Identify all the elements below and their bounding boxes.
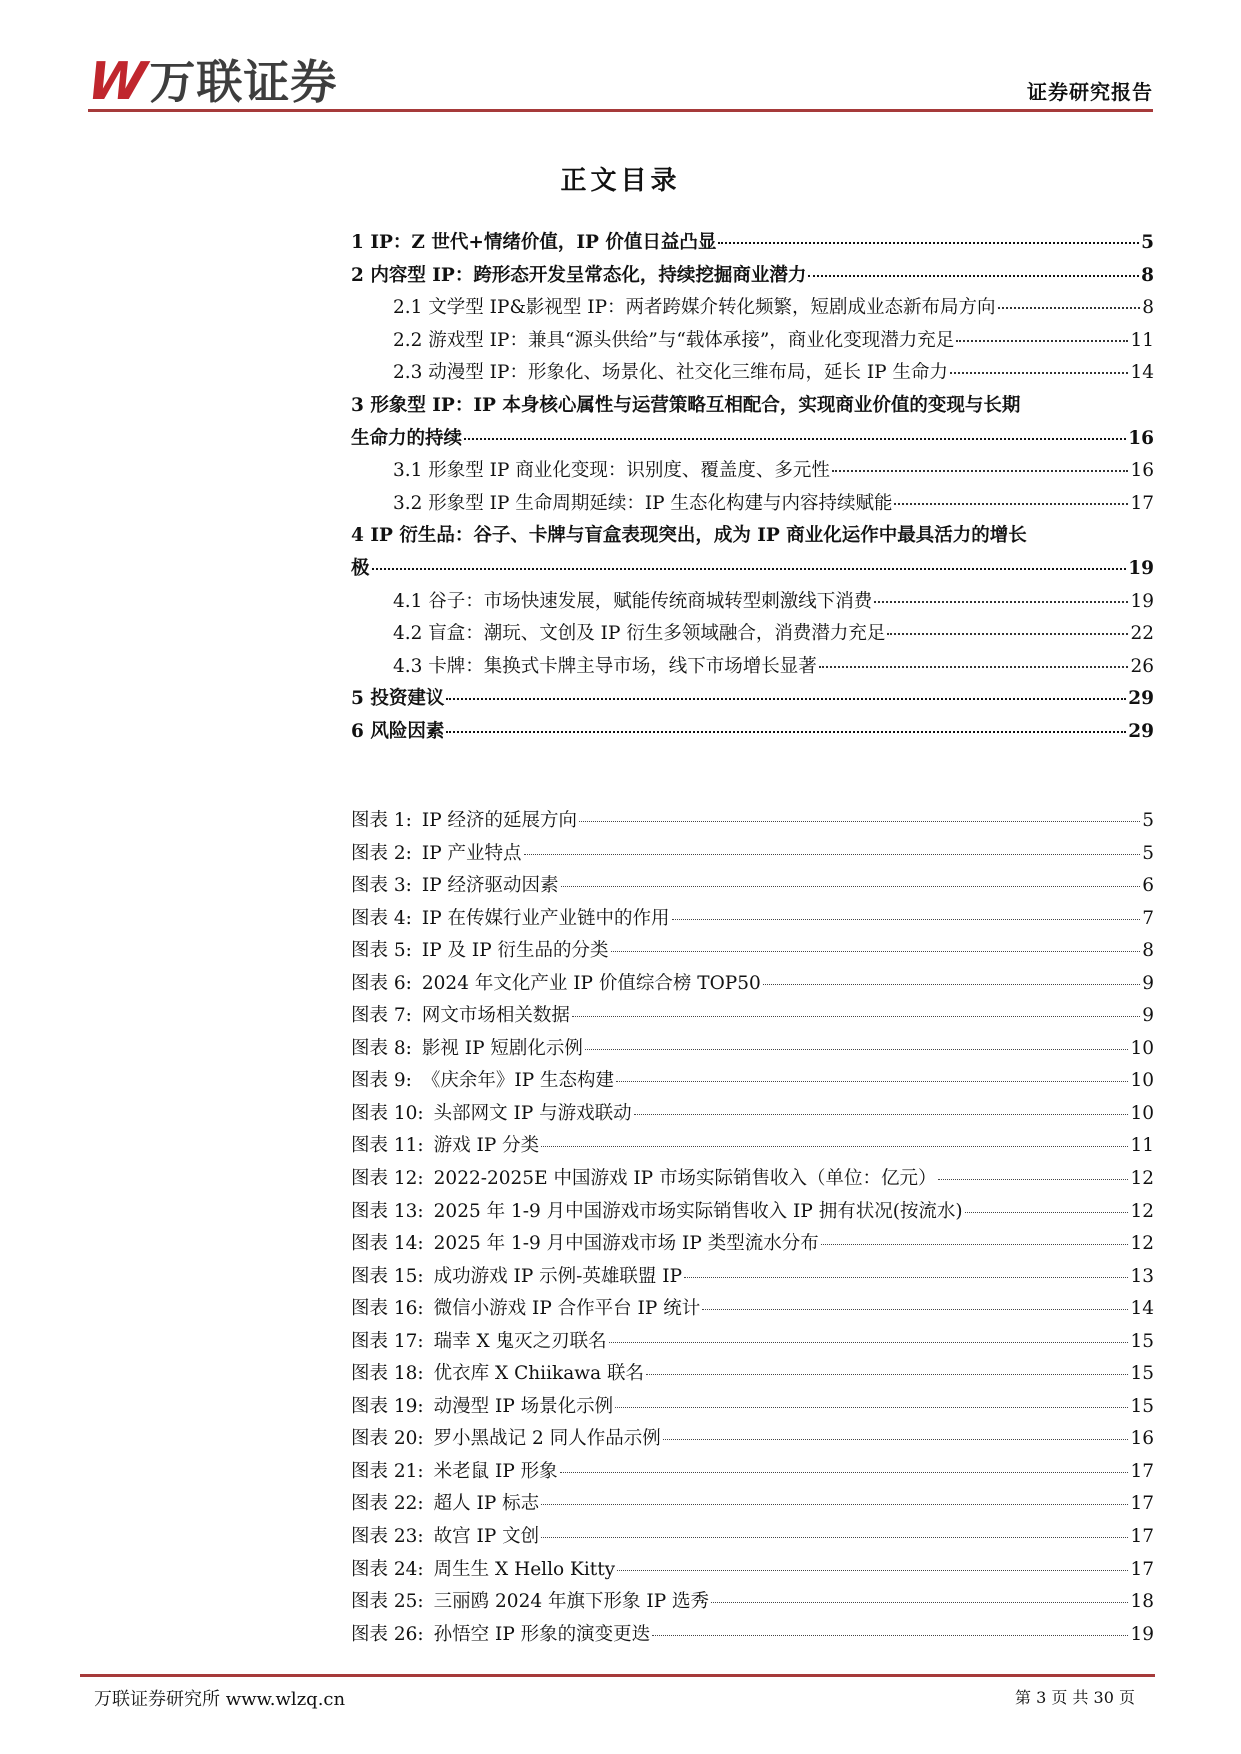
toc-entry[interactable]: 2.1 文学型 IP&影视型 IP：两者跨媒介转化频繁，短剧成业态新布局方向8	[351, 293, 1154, 326]
page-number: 6	[1142, 875, 1154, 896]
figure-title: 动漫型 IP 场景化示例	[434, 1392, 614, 1418]
toc-entry-line1[interactable]: 3 形象型 IP：IP 本身核心属性与运营策略互相配合，实现商业价值的变现与长期	[351, 391, 1154, 424]
toc-entry[interactable]: 极19	[351, 554, 1154, 587]
figure-number: 图表 8:	[351, 1034, 412, 1060]
figure-entry[interactable]: 图表 23:故宫 IP 文创17	[351, 1522, 1154, 1555]
toc-entry[interactable]: 4.2 盲盒：潮玩、文创及 IP 衍生多领域融合，消费潜力充足22	[351, 619, 1154, 652]
figure-number: 图表 16:	[351, 1294, 424, 1320]
page-header: W 万联证券 证券研究报告	[88, 52, 1153, 112]
page-number: 19	[1128, 558, 1154, 579]
toc-entry[interactable]: 3.1 形象型 IP 商业化变现：识别度、覆盖度、多元性16	[351, 456, 1154, 489]
page-number: 13	[1130, 1266, 1154, 1287]
figure-entry[interactable]: 图表 24:周生生 X Hello Kitty17	[351, 1555, 1154, 1588]
figure-number: 图表 6:	[351, 969, 412, 995]
figure-number: 图表 5:	[351, 936, 412, 962]
figure-number: 图表 13:	[351, 1197, 424, 1223]
figure-title: 2024 年文化产业 IP 价值综合榜 TOP50	[422, 969, 761, 995]
toc-entry[interactable]: 3.2 形象型 IP 生命周期延续：IP 生态化构建与内容持续赋能17	[351, 489, 1154, 522]
page-number: 12	[1130, 1233, 1154, 1254]
page-number: 17	[1130, 1493, 1154, 1514]
figure-title: IP 及 IP 衍生品的分类	[422, 936, 609, 962]
figure-title: 网文市场相关数据	[422, 1001, 570, 1027]
figure-title: 米老鼠 IP 形象	[434, 1457, 558, 1483]
dot-leader	[617, 1570, 1128, 1571]
figure-number: 图表 22:	[351, 1489, 424, 1515]
header-divider	[88, 109, 1153, 112]
dot-leader	[524, 854, 1141, 855]
figure-title: 成功游戏 IP 示例-英雄联盟 IP	[434, 1262, 682, 1288]
page-number: 12	[1130, 1201, 1154, 1222]
toc-entry[interactable]: 4.3 卡牌：集换式卡牌主导市场，线下市场增长显著26	[351, 652, 1154, 685]
dot-leader	[956, 340, 1128, 342]
logo-text: 万联证券	[149, 56, 337, 108]
page-number: 5	[1141, 232, 1154, 253]
figure-title: 2025 年 1-9 月中国游戏市场 IP 类型流水分布	[434, 1229, 819, 1255]
page-number: 15	[1130, 1396, 1154, 1417]
page-number: 8	[1142, 297, 1154, 318]
figure-number: 图表 2:	[351, 839, 412, 865]
dot-leader	[609, 1342, 1129, 1343]
page-number: 5	[1142, 810, 1154, 831]
page-number: 29	[1128, 721, 1154, 742]
figure-entry[interactable]: 图表 26:孙悟空 IP 形象的演变更迭19	[351, 1620, 1154, 1653]
dot-leader	[998, 307, 1141, 309]
figure-title: 2025 年 1-9 月中国游戏市场实际销售收入 IP 拥有状况(按流水)	[434, 1197, 963, 1223]
figure-entry[interactable]: 图表 5:IP 及 IP 衍生品的分类8	[351, 936, 1154, 969]
figure-title: 微信小游戏 IP 合作平台 IP 统计	[434, 1294, 701, 1320]
dot-leader	[652, 1635, 1128, 1636]
figure-number: 图表 10:	[351, 1099, 424, 1125]
figure-title: 2022-2025E 中国游戏 IP 市场实际销售收入（单位：亿元）	[434, 1164, 937, 1190]
page-number: 7	[1142, 908, 1154, 929]
dot-leader	[634, 1114, 1129, 1115]
dot-leader	[585, 1049, 1129, 1050]
toc-entry[interactable]: 2 内容型 IP：跨形态开发呈常态化，持续挖掘商业潜力8	[351, 261, 1154, 294]
page-number: 16	[1128, 428, 1154, 449]
page-number: 14	[1130, 1298, 1154, 1319]
toc-entry[interactable]: 4.1 谷子：市场快速发展，赋能传统商城转型刺激线下消费19	[351, 587, 1154, 620]
figure-number: 图表 19:	[351, 1392, 424, 1418]
figure-number: 图表 21:	[351, 1457, 424, 1483]
dot-leader	[560, 1472, 1129, 1473]
dot-leader	[572, 1016, 1140, 1017]
toc-entry[interactable]: 6 风险因素29	[351, 717, 1154, 750]
page-number: 29	[1128, 688, 1154, 709]
figure-number: 图表 9:	[351, 1066, 412, 1092]
figure-title: IP 经济的延展方向	[422, 806, 577, 832]
doc-type-label: 证券研究报告	[1027, 76, 1153, 105]
figure-number: 图表 1:	[351, 806, 412, 832]
figure-entry[interactable]: 图表 14:2025 年 1-9 月中国游戏市场 IP 类型流水分布12	[351, 1229, 1154, 1262]
page-number: 8	[1142, 940, 1154, 961]
dot-leader	[965, 1212, 1129, 1213]
figure-number: 图表 15:	[351, 1262, 424, 1288]
page-number: 8	[1141, 265, 1154, 286]
page-number: 10	[1130, 1070, 1154, 1091]
figure-entry[interactable]: 图表 22:超人 IP 标志17	[351, 1489, 1154, 1522]
dot-leader	[464, 438, 1126, 440]
figure-entry[interactable]: 图表 7:网文市场相关数据9	[351, 1001, 1154, 1034]
page-number: 22	[1130, 623, 1154, 644]
dot-leader	[646, 1374, 1128, 1375]
figure-title: 罗小黑战记 2 同人作品示例	[434, 1424, 661, 1450]
figure-title: 周生生 X Hello Kitty	[434, 1555, 615, 1581]
figure-title: 头部网文 IP 与游戏联动	[434, 1099, 632, 1125]
dot-leader	[711, 1602, 1128, 1603]
page-number: 16	[1130, 1428, 1154, 1449]
figure-entry[interactable]: 图表 3:IP 经济驱动因素6	[351, 871, 1154, 904]
dot-leader	[541, 1504, 1128, 1505]
figure-title: 优衣库 X Chiikawa 联名	[434, 1359, 644, 1385]
page-number: 19	[1130, 591, 1154, 612]
page-number: 17	[1130, 1526, 1154, 1547]
dot-leader	[561, 886, 1141, 887]
figure-number: 图表 14:	[351, 1229, 424, 1255]
logo-w-icon: W	[84, 56, 145, 108]
toc-entry[interactable]: 2.2 游戏型 IP：兼具“源头供给”与“载体承接”，商业化变现潜力充足11	[351, 326, 1154, 359]
dot-leader	[938, 1179, 1128, 1180]
figure-number: 图表 24:	[351, 1555, 424, 1581]
page-number: 26	[1130, 656, 1154, 677]
dot-leader	[894, 503, 1128, 505]
dot-leader	[672, 919, 1141, 920]
page-number: 16	[1130, 460, 1154, 481]
dot-leader	[611, 951, 1141, 952]
page-number: 5	[1142, 843, 1154, 864]
page-number: 17	[1130, 493, 1154, 514]
figure-number: 图表 4:	[351, 904, 412, 930]
figure-title: IP 在传媒行业产业链中的作用	[422, 904, 670, 930]
figure-entry[interactable]: 图表 16:微信小游戏 IP 合作平台 IP 统计14	[351, 1294, 1154, 1327]
figure-title: IP 产业特点	[422, 839, 522, 865]
dot-leader	[832, 470, 1129, 472]
figure-title: 孙悟空 IP 形象的演变更迭	[434, 1620, 651, 1646]
page-number: 11	[1130, 330, 1154, 351]
figure-entry[interactable]: 图表 12:2022-2025E 中国游戏 IP 市场实际销售收入（单位：亿元）…	[351, 1164, 1154, 1197]
dot-leader	[616, 1081, 1128, 1082]
figure-entry[interactable]: 图表 10:头部网文 IP 与游戏联动10	[351, 1099, 1154, 1132]
toc-entry[interactable]: 生命力的持续16	[351, 424, 1154, 457]
dot-leader	[446, 698, 1126, 700]
dot-leader	[663, 1439, 1129, 1440]
figure-number: 图表 17:	[351, 1327, 424, 1353]
toc-entry[interactable]: 5 投资建议29	[351, 684, 1154, 717]
figure-entry[interactable]: 图表 15:成功游戏 IP 示例-英雄联盟 IP13	[351, 1262, 1154, 1295]
page-number: 10	[1130, 1038, 1154, 1059]
dot-leader	[372, 568, 1127, 570]
list-of-figures: 图表 1:IP 经济的延展方向5图表 2:IP 产业特点5图表 3:IP 经济驱…	[351, 806, 1154, 1652]
page-number: 12	[1130, 1168, 1154, 1189]
dot-leader	[950, 372, 1128, 374]
figure-number: 图表 3:	[351, 871, 412, 897]
toc-entry[interactable]: 2.3 动漫型 IP：形象化、场景化、社交化三维布局，延长 IP 生命力14	[351, 358, 1154, 391]
dot-leader	[579, 821, 1140, 822]
figure-number: 图表 18:	[351, 1359, 424, 1385]
figure-title: 游戏 IP 分类	[434, 1131, 540, 1157]
figure-entry[interactable]: 图表 1:IP 经济的延展方向5	[351, 806, 1154, 839]
page-number: 18	[1130, 1591, 1154, 1612]
dot-leader	[615, 1407, 1128, 1408]
toc-entry-line1[interactable]: 4 IP 衍生品：谷子、卡牌与盲盒表现突出，成为 IP 商业化运作中最具活力的增…	[351, 521, 1154, 554]
figure-number: 图表 23:	[351, 1522, 424, 1548]
figure-number: 图表 12:	[351, 1164, 424, 1190]
figure-title: IP 经济驱动因素	[422, 871, 559, 897]
figure-entry[interactable]: 图表 2:IP 产业特点5	[351, 839, 1154, 872]
figure-entry[interactable]: 图表 13:2025 年 1-9 月中国游戏市场实际销售收入 IP 拥有状况(按…	[351, 1197, 1154, 1230]
figure-number: 图表 26:	[351, 1620, 424, 1646]
figure-entry[interactable]: 图表 11:游戏 IP 分类11	[351, 1131, 1154, 1164]
figure-entry[interactable]: 图表 25:三丽鸥 2024 年旗下形象 IP 选秀18	[351, 1587, 1154, 1620]
figure-title: 故宫 IP 文创	[434, 1522, 540, 1548]
figure-entry[interactable]: 图表 18:优衣库 X Chiikawa 联名15	[351, 1359, 1154, 1392]
page-number: 10	[1130, 1103, 1154, 1124]
page-number: 17	[1130, 1559, 1154, 1580]
figure-title: 三丽鸥 2024 年旗下形象 IP 选秀	[434, 1587, 709, 1613]
figure-entry[interactable]: 图表 17:瑞幸 X 鬼灭之刃联名15	[351, 1327, 1154, 1360]
dot-leader	[541, 1146, 1128, 1147]
figure-entry[interactable]: 图表 4:IP 在传媒行业产业链中的作用7	[351, 904, 1154, 937]
toc-title: 正文目录	[0, 160, 1241, 197]
footer-divider	[80, 1674, 1155, 1677]
company-logo: W 万联证券	[88, 52, 337, 108]
page-indicator: 第 3 页 共 30 页	[1015, 1685, 1135, 1708]
dot-leader	[702, 1309, 1128, 1310]
figure-entry[interactable]: 图表 20:罗小黑战记 2 同人作品示例16	[351, 1424, 1154, 1457]
dot-leader	[808, 275, 1139, 277]
footer-institute: 万联证券研究所 www.wlzq.cn	[94, 1685, 345, 1711]
dot-leader	[446, 731, 1126, 733]
page-number: 9	[1142, 1005, 1154, 1026]
dot-leader	[541, 1537, 1128, 1538]
dot-leader	[874, 601, 1128, 603]
figure-number: 图表 7:	[351, 1001, 412, 1027]
figure-title: 《庆余年》IP 生态构建	[422, 1066, 614, 1092]
page-number: 14	[1130, 362, 1154, 383]
dot-leader	[819, 666, 1129, 668]
dot-leader	[718, 242, 1139, 244]
figure-entry[interactable]: 图表 19:动漫型 IP 场景化示例15	[351, 1392, 1154, 1425]
page-number: 9	[1142, 973, 1154, 994]
toc-entry[interactable]: 1 IP：Z 世代+情绪价值，IP 价值日益凸显5	[351, 228, 1154, 261]
figure-title: 影视 IP 短剧化示例	[422, 1034, 583, 1060]
figure-number: 图表 25:	[351, 1587, 424, 1613]
dot-leader	[763, 984, 1140, 985]
figure-number: 图表 20:	[351, 1424, 424, 1450]
figure-title: 超人 IP 标志	[434, 1489, 540, 1515]
page-number: 11	[1130, 1135, 1154, 1156]
figure-number: 图表 11:	[351, 1131, 424, 1157]
figure-entry[interactable]: 图表 8:影视 IP 短剧化示例10	[351, 1034, 1154, 1067]
figure-entry[interactable]: 图表 9:《庆余年》IP 生态构建10	[351, 1066, 1154, 1099]
page-number: 15	[1130, 1363, 1154, 1384]
table-of-contents: 1 IP：Z 世代+情绪价值，IP 价值日益凸显5 2 内容型 IP：跨形态开发…	[351, 228, 1154, 750]
page-number: 17	[1130, 1461, 1154, 1482]
dot-leader	[684, 1277, 1128, 1278]
dot-leader	[821, 1244, 1129, 1245]
figure-entry[interactable]: 图表 21:米老鼠 IP 形象17	[351, 1457, 1154, 1490]
figure-entry[interactable]: 图表 6:2024 年文化产业 IP 价值综合榜 TOP509	[351, 969, 1154, 1002]
figure-title: 瑞幸 X 鬼灭之刃联名	[434, 1327, 607, 1353]
page-number: 15	[1130, 1331, 1154, 1352]
page-number: 19	[1130, 1624, 1154, 1645]
dot-leader	[887, 633, 1128, 635]
